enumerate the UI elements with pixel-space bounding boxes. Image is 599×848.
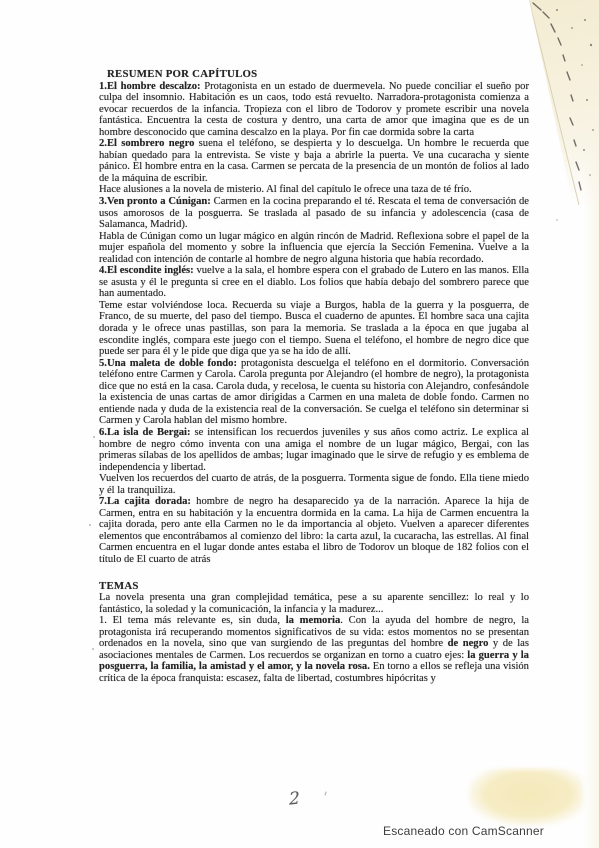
text-run: Vuelven los recuerdos del cuarto de atrá… bbox=[99, 473, 529, 496]
scanned-page: RESUMEN POR CAPÍTULOS1.El hombre descalz… bbox=[0, 0, 599, 848]
paragraph: 5.Una maleta de doble fondo: protagonist… bbox=[99, 358, 529, 427]
paragraph: 3.Ven pronto a Cúnigan: Carmen en la coc… bbox=[99, 196, 529, 231]
paragraph: Vuelven los recuerdos del cuarto de atrá… bbox=[99, 473, 529, 496]
bold-text-run: 5.Una maleta de doble fondo: bbox=[99, 358, 241, 369]
text-run: Habla de Cúnigan como un lugar mágico en… bbox=[99, 231, 529, 265]
paragraph: Habla de Cúnigan como un lugar mágico en… bbox=[99, 231, 529, 266]
section-heading: TEMAS bbox=[99, 581, 529, 593]
bold-text-run: 7.La cajita dorada: bbox=[99, 496, 196, 507]
camscanner-watermark: Escaneado con CamScanner bbox=[383, 824, 544, 838]
document-body: RESUMEN POR CAPÍTULOS1.El hombre descalz… bbox=[99, 69, 529, 684]
scan-speck bbox=[93, 436, 95, 438]
paragraph: La novela presenta una gran complejidad … bbox=[99, 592, 529, 615]
text-run: La novela presenta una gran complejidad … bbox=[99, 592, 529, 615]
paragraph: Hace alusiones a la novela de misterio. … bbox=[99, 184, 529, 196]
bold-text-run: 1.El hombre descalzo: bbox=[99, 81, 204, 92]
paragraph: 6.La isla de Bergai: se intensifican los… bbox=[99, 427, 529, 473]
folded-corner-artifact bbox=[527, 0, 599, 205]
text-run: Teme estar volviéndose loca. Recuerda su… bbox=[99, 300, 529, 357]
paragraph: 1. El tema más relevante es, sin duda, l… bbox=[99, 615, 529, 684]
fold-crease-marks-icon bbox=[527, 0, 599, 205]
paragraph: 2.El sombrero negro suena el teléfono, s… bbox=[99, 138, 529, 184]
scan-speck bbox=[92, 648, 94, 650]
scan-speck bbox=[556, 219, 558, 221]
bold-text-run: de negro bbox=[448, 638, 489, 649]
paragraph: 7.La cajita dorada: hombre de negro ha d… bbox=[99, 496, 529, 565]
paragraph: Teme estar volviéndose loca. Recuerda su… bbox=[99, 300, 529, 358]
section-heading: RESUMEN POR CAPÍTULOS bbox=[107, 69, 529, 81]
paragraph: 4.El escondite inglés: vuelve a la sala,… bbox=[99, 265, 529, 300]
text-run: Hace alusiones a la novela de misterio. … bbox=[99, 184, 472, 195]
pen-tick-mark bbox=[324, 791, 329, 796]
bold-text-run: la memoria bbox=[286, 615, 341, 626]
bold-text-run: 6.La isla de Bergai: bbox=[99, 427, 194, 438]
handwritten-page-number: 2 bbox=[289, 788, 300, 809]
paragraph: 1.El hombre descalzo: Protagonista en un… bbox=[99, 81, 529, 139]
bold-text-run: 2.El sombrero negro bbox=[99, 138, 194, 149]
bold-text-run: 4.El escondite inglés: bbox=[99, 265, 196, 276]
text-run: 1. El tema más relevante es, sin duda, bbox=[99, 615, 286, 626]
bold-text-run: 3.Ven pronto a Cúnigan: bbox=[99, 196, 214, 207]
scan-speck bbox=[89, 524, 91, 526]
paper-stain bbox=[469, 769, 583, 825]
